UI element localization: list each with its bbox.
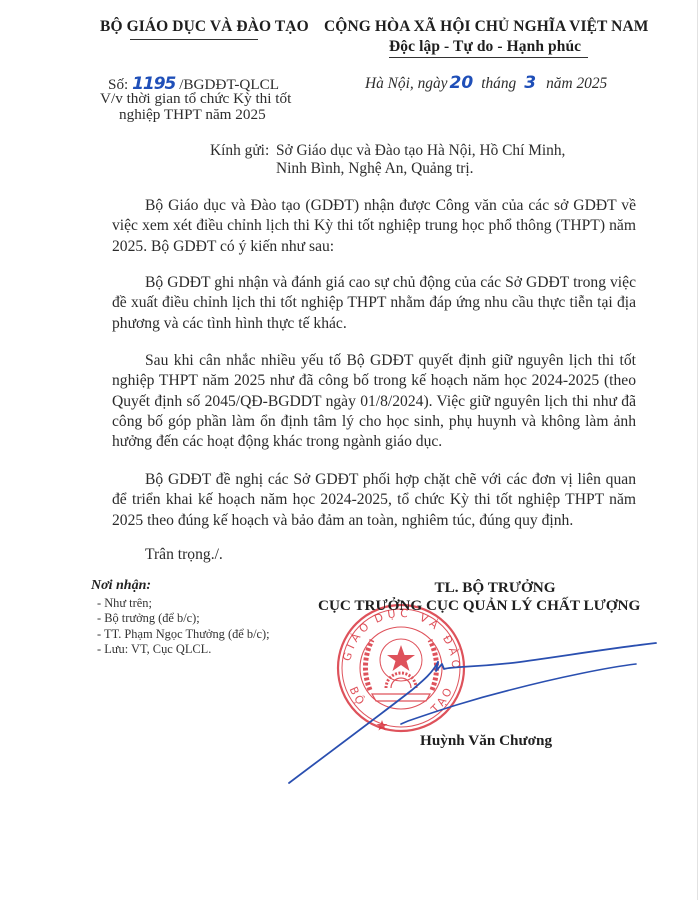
handwritten-signature <box>0 0 700 900</box>
